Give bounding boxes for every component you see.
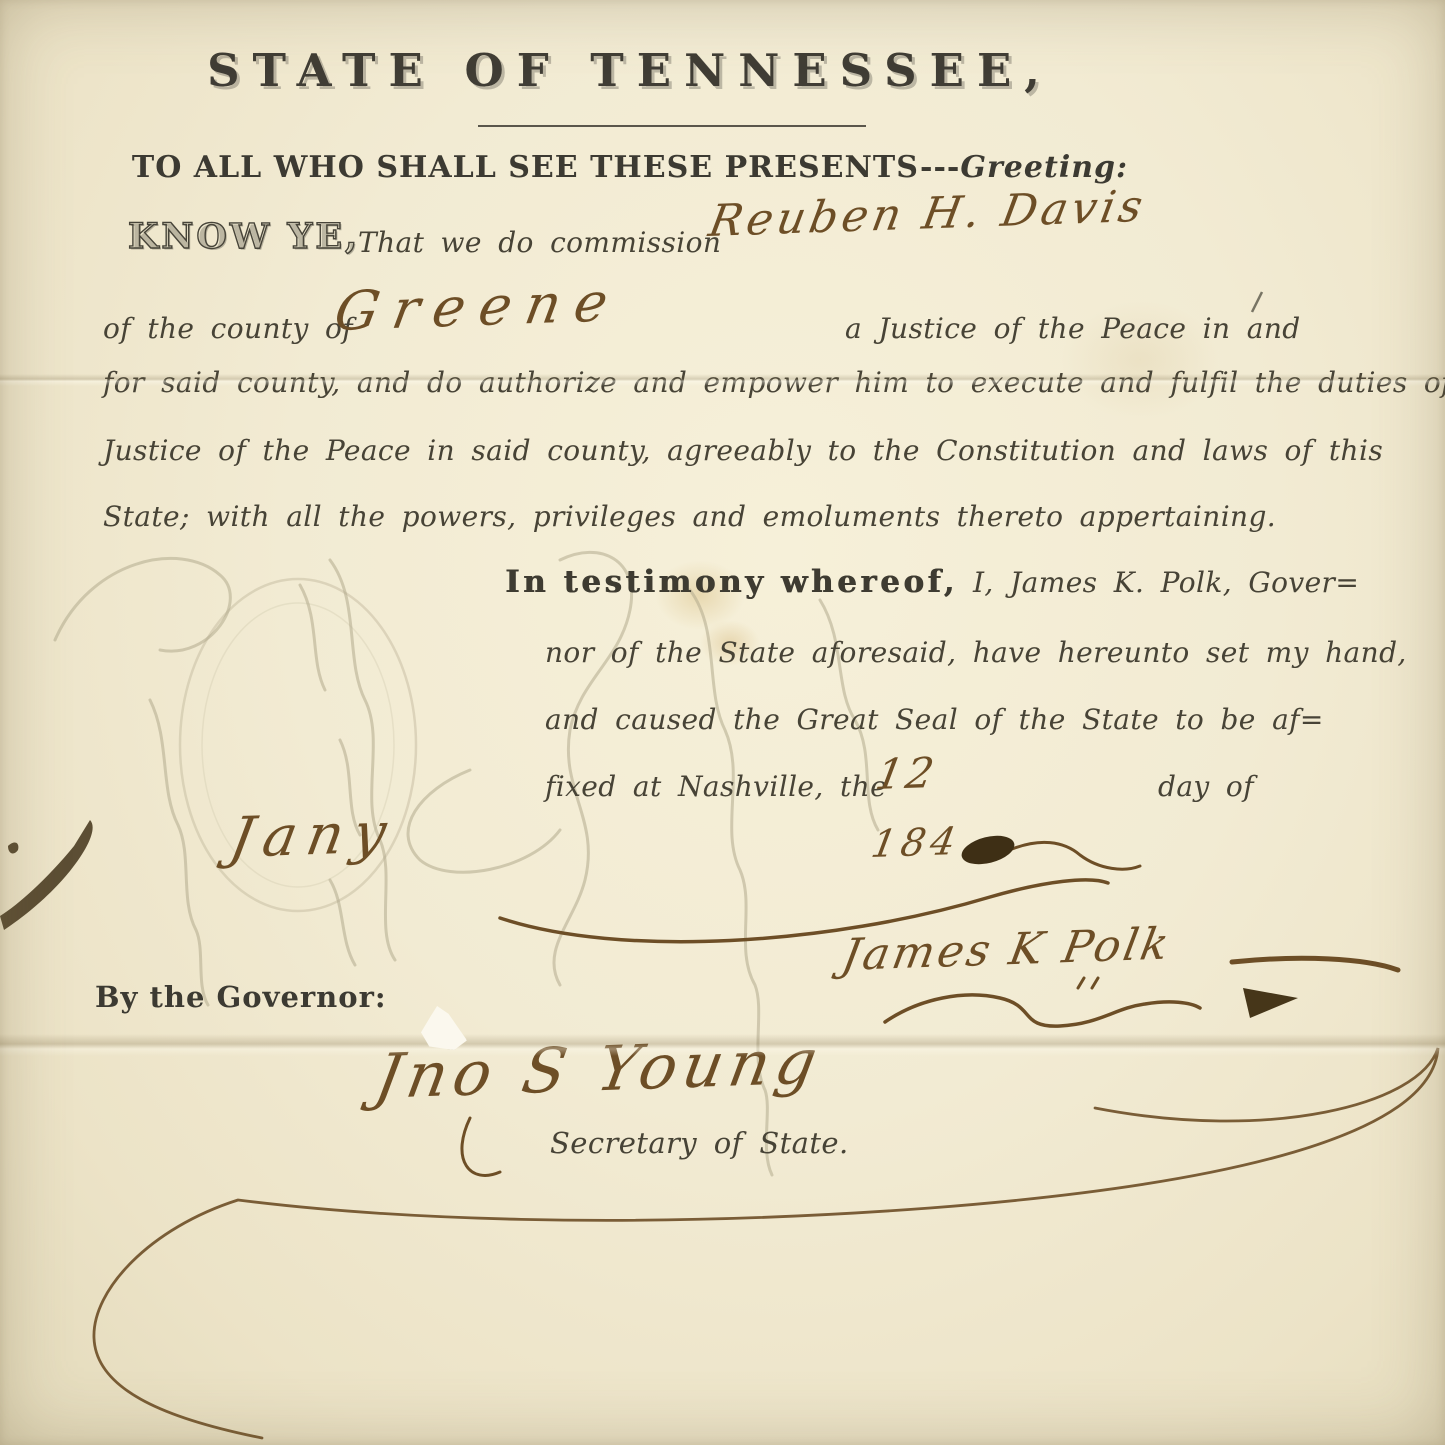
year-handwritten: 184 [868, 819, 964, 866]
ink-blot-year [959, 831, 1018, 869]
testimony-line2: nor of the State aforesaid, have hereunt… [545, 636, 1407, 669]
month-handwritten: Jany [225, 800, 401, 871]
body-line3: for said county, and do authorize and em… [103, 366, 1445, 399]
testimony-line3: and caused the Great Seal of the State t… [545, 703, 1324, 736]
secretary-j-descender [462, 1118, 500, 1175]
day-handwritten: 12 [872, 748, 941, 799]
stray-pen-mark [1252, 292, 1262, 312]
by-the-governor-label: By the Governor: [95, 980, 387, 1014]
commission-lead-text: That we do commission [358, 226, 721, 259]
secretary-signature-flourish [94, 1048, 1438, 1438]
salutation-greeting: Greeting: [960, 150, 1128, 185]
year-tail-flourish [1005, 842, 1140, 869]
body-line4: Justice of the Peace in said county, agr… [103, 434, 1383, 467]
testimony-line4-tail: day of [1158, 770, 1254, 803]
testimony-line4-lead: fixed at Nashville, the [545, 770, 887, 803]
governor-signature-flourish [1232, 958, 1398, 970]
governor-signature: James K Polk [838, 919, 1175, 981]
governor-under-flourish [885, 995, 1200, 1026]
county-lead-text: of the county of [103, 312, 353, 345]
salutation-main: TO ALL WHO SHALL SEE THESE PRESENTS--- [132, 150, 960, 185]
title-divider [478, 125, 866, 127]
county-name-handwritten: Greene [330, 270, 627, 343]
secretary-title: Secretary of State. [550, 1126, 849, 1160]
ink-stain-left-edge [0, 820, 93, 930]
governor-quote-marks [1078, 978, 1098, 988]
paper-hole [421, 1006, 467, 1050]
know-ye-label: KNOW YE, [128, 216, 360, 257]
testimony-lead-blackletter: In testimony whereof, [505, 564, 958, 600]
scanned-document-page: { "doc": { "title": "STATE OF TENNESSEE,… [0, 0, 1445, 1445]
body-line5: State; with all the powers, privileges a… [103, 500, 1276, 533]
document-title: STATE OF TENNESSEE, [140, 44, 1120, 97]
commissioned-name-handwritten: Reuben H. Davis [705, 181, 1150, 247]
body-line2-tail: a Justice of the Peace in and [845, 312, 1301, 345]
salutation-line: TO ALL WHO SHALL SEE THESE PRESENTS---Gr… [90, 150, 1170, 185]
testimony-line1: In testimony whereof, I, James K. Polk, … [505, 564, 1359, 600]
testimony-line1-rest: I, James K. Polk, Gover= [973, 566, 1359, 599]
ink-blot-signature [1243, 988, 1298, 1018]
